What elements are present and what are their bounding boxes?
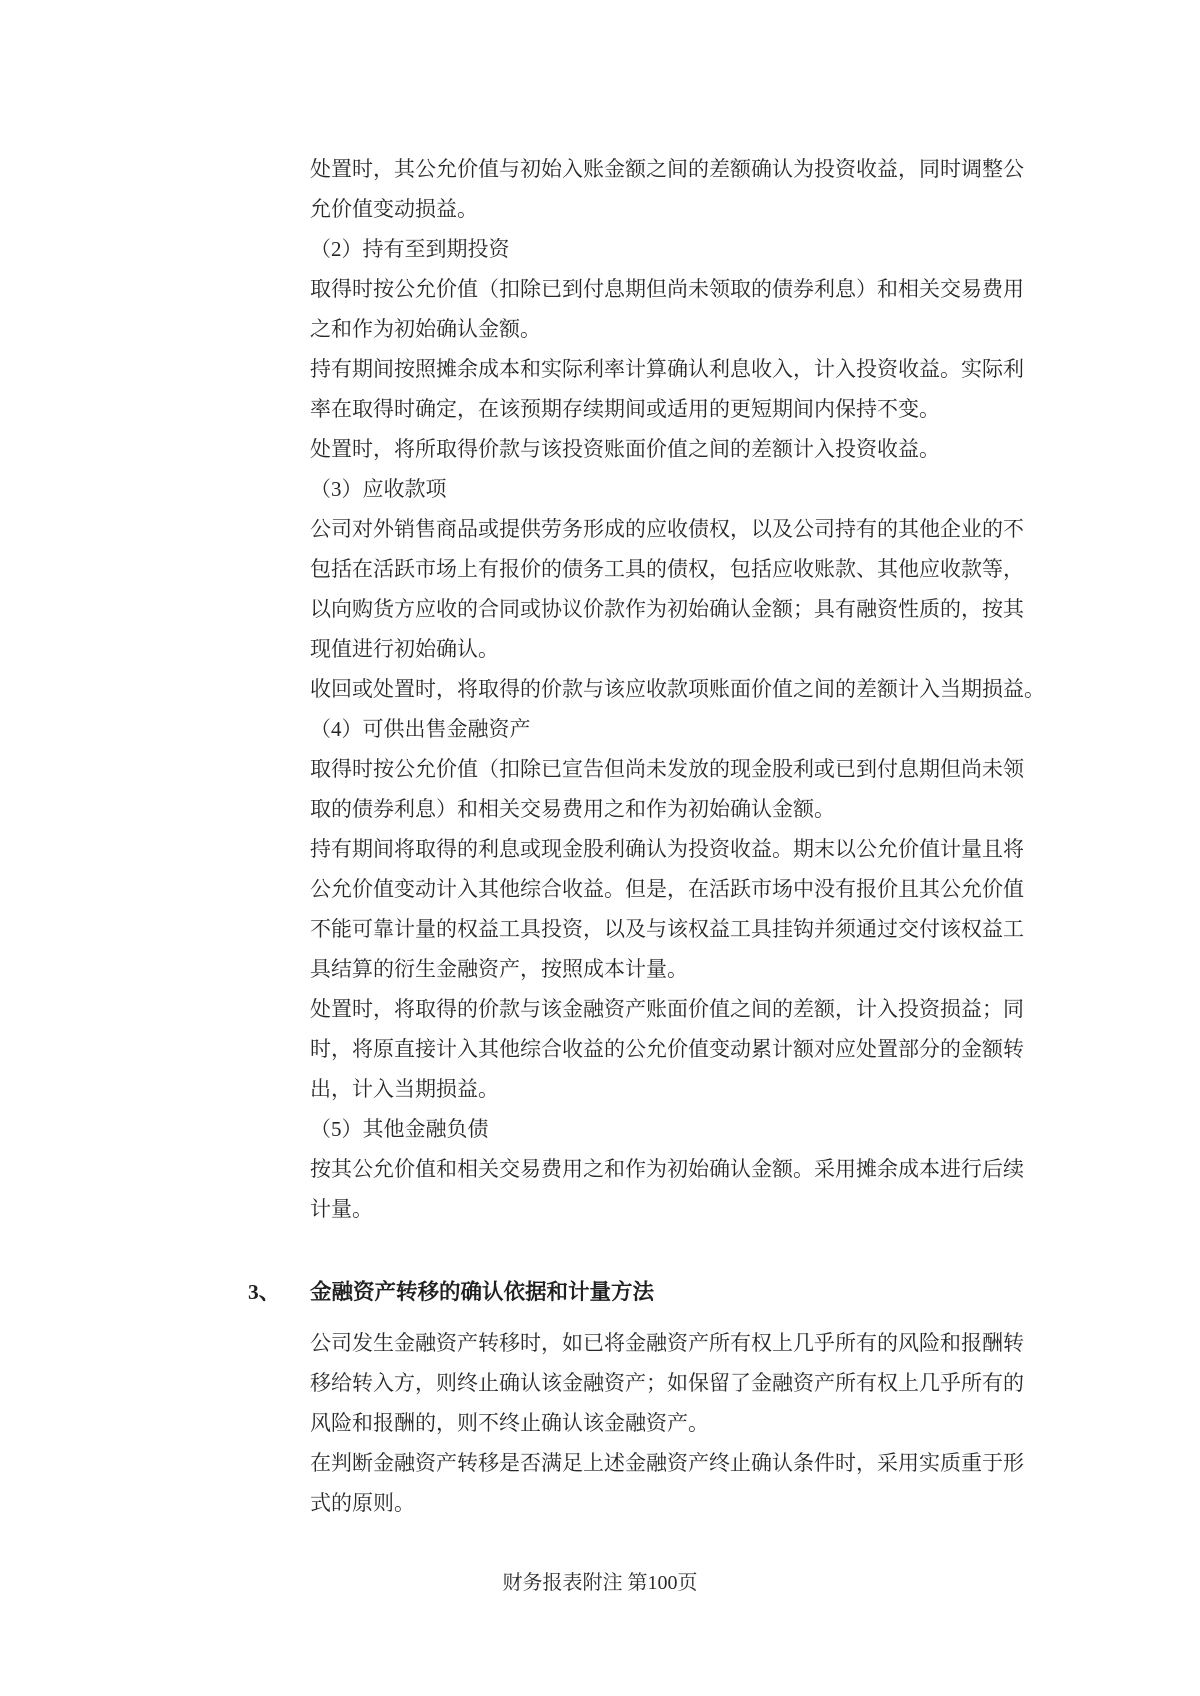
body-text-block: 处置时，其公允价值与初始入账金额之间的差额确认为投资收益，同时调整公 允价值变动…	[310, 149, 1070, 1229]
item-heading-4: （4）可供出售金融资产	[310, 709, 1070, 749]
body-line: 移给转入方，则终止确认该金融资产；如保留了金融资产所有权上几乎所有的	[310, 1363, 1070, 1403]
section-heading: 3、 金融资产转移的确认依据和计量方法	[248, 1272, 1070, 1312]
body-line: 以向购货方应收的合同或协议价款作为初始确认金额；具有融资性质的，按其	[310, 589, 1070, 629]
body-line: 风险和报酬的，则不终止确认该金融资产。	[310, 1403, 1070, 1443]
item-heading-3: （3）应收款项	[310, 469, 1070, 509]
body-line: 收回或处置时，将取得的价款与该应收款项账面价值之间的差额计入当期损益。	[310, 669, 1070, 709]
section-body: 公司发生金融资产转移时，如已将金融资产所有权上几乎所有的风险和报酬转 移给转入方…	[310, 1323, 1070, 1523]
page-footer: 财务报表附注 第100页	[0, 1571, 1200, 1595]
section-number: 3、	[248, 1272, 310, 1312]
body-line: 公司对外销售商品或提供劳务形成的应收债权，以及公司持有的其他企业的不	[310, 509, 1070, 549]
body-line: 公允价值变动计入其他综合收益。但是，在活跃市场中没有报价且其公允价值	[310, 869, 1070, 909]
body-line: 持有期间将取得的利息或现金股利确认为投资收益。期末以公允价值计量且将	[310, 829, 1070, 869]
body-line: 时，将原直接计入其他综合收益的公允价值变动累计额对应处置部分的金额转	[310, 1029, 1070, 1069]
body-line: 处置时，将取得的价款与该金融资产账面价值之间的差额，计入投资损益；同	[310, 989, 1070, 1029]
body-line: 处置时，将所取得价款与该投资账面价值之间的差额计入投资收益。	[310, 429, 1070, 469]
body-line: 允价值变动损益。	[310, 189, 1070, 229]
body-line: 率在取得时确定，在该预期存续期间或适用的更短期间内保持不变。	[310, 389, 1070, 429]
section-3: 3、 金融资产转移的确认依据和计量方法 公司发生金融资产转移时，如已将金融资产所…	[248, 1272, 1070, 1523]
body-line: 具结算的衍生金融资产，按照成本计量。	[310, 949, 1070, 989]
body-line: 处置时，其公允价值与初始入账金额之间的差额确认为投资收益，同时调整公	[310, 149, 1070, 189]
body-line: 取得时按公允价值（扣除已宣告但尚未发放的现金股利或已到付息期但尚未领	[310, 749, 1070, 789]
document-page: 处置时，其公允价值与初始入账金额之间的差额确认为投资收益，同时调整公 允价值变动…	[0, 0, 1200, 1696]
body-line: 出，计入当期损益。	[310, 1069, 1070, 1109]
section-title: 金融资产转移的确认依据和计量方法	[310, 1272, 654, 1312]
body-line: 之和作为初始确认金额。	[310, 309, 1070, 349]
item-heading-5: （5）其他金融负债	[310, 1109, 1070, 1149]
body-line: 按其公允价值和相关交易费用之和作为初始确认金额。采用摊余成本进行后续	[310, 1149, 1070, 1189]
body-line: 包括在活跃市场上有报价的债务工具的债权，包括应收账款、其他应收款等，	[310, 549, 1070, 589]
body-line: 持有期间按照摊余成本和实际利率计算确认利息收入，计入投资收益。实际利	[310, 349, 1070, 389]
item-heading-2: （2）持有至到期投资	[310, 229, 1070, 269]
body-line: 现值进行初始确认。	[310, 629, 1070, 669]
body-line: 取的债券利息）和相关交易费用之和作为初始确认金额。	[310, 789, 1070, 829]
body-line: 不能可靠计量的权益工具投资，以及与该权益工具挂钩并须通过交付该权益工	[310, 909, 1070, 949]
body-line: 式的原则。	[310, 1483, 1070, 1523]
body-line: 取得时按公允价值（扣除已到付息期但尚未领取的债券利息）和相关交易费用	[310, 269, 1070, 309]
body-line: 在判断金融资产转移是否满足上述金融资产终止确认条件时，采用实质重于形	[310, 1443, 1070, 1483]
body-line: 公司发生金融资产转移时，如已将金融资产所有权上几乎所有的风险和报酬转	[310, 1323, 1070, 1363]
body-line: 计量。	[310, 1189, 1070, 1229]
